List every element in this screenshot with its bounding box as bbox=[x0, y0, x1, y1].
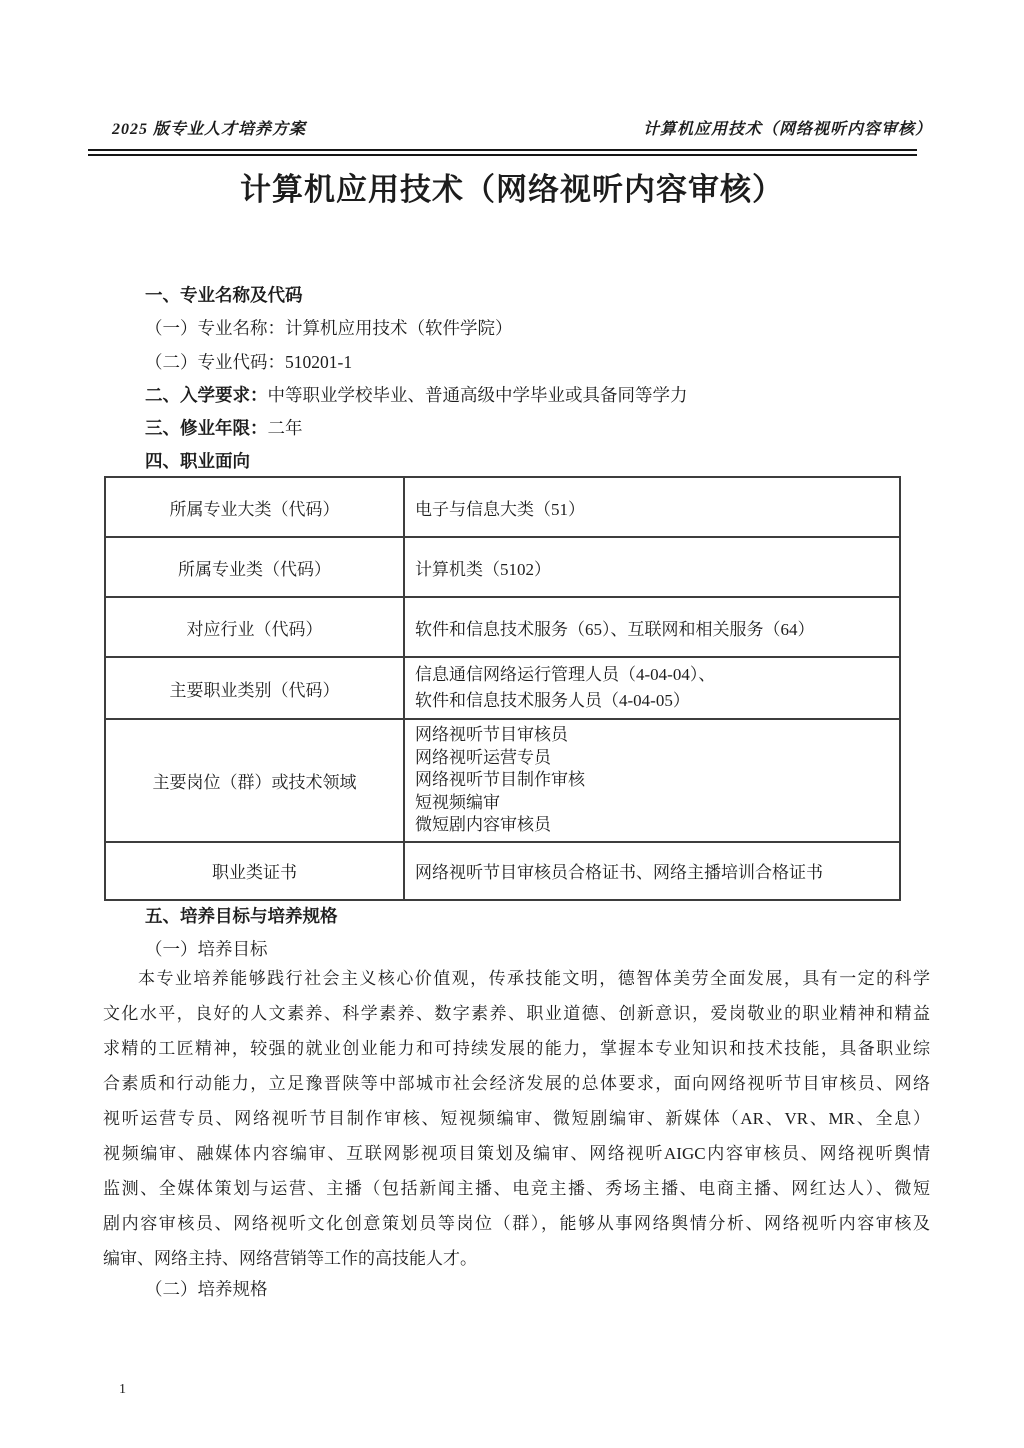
page-number: 1 bbox=[119, 1382, 126, 1398]
table-row: 主要岗位（群）或技术领域 网络视听节目审核员 网络视听运营专员 网络视听节目制作… bbox=[105, 719, 900, 842]
row-label: 职业类证书 bbox=[105, 842, 404, 900]
row-value: 软件和信息技术服务（65）、互联网和相关服务（64） bbox=[404, 597, 900, 657]
value-line: 电子与信息大类（51） bbox=[415, 495, 889, 520]
row-value: 电子与信息大类（51） bbox=[404, 477, 900, 537]
row-value: 网络视听节目审核员合格证书、网络主播培训合格证书 bbox=[404, 842, 900, 900]
row-value: 计算机类（5102） bbox=[404, 537, 900, 597]
document-page: 2025 版专业人才培养方案 计算机应用技术（网络视听内容审核） 计算机应用技术… bbox=[0, 0, 1024, 1448]
header-right-text: 计算机应用技术（网络视听内容审核） bbox=[643, 116, 932, 139]
paragraph-line: 监测、全媒体策划与运营、主播（包括新闻主播、电竞主播、秀场主播、电商主播、网红达… bbox=[103, 1171, 930, 1206]
value-line: 短视频编审 bbox=[415, 792, 889, 815]
training-objective-paragraph: 本专业培养能够践行社会主义核心价值观，传承技能文明，德智体美劳全面发展，具有一定… bbox=[103, 961, 930, 1276]
header-double-rule bbox=[88, 149, 917, 156]
section-item-6: 四、职业面向 bbox=[104, 445, 932, 478]
paragraph-line: 求精的工匠精神，较强的就业创业能力和可持续发展的能力，掌握本专业知识和技术技能，… bbox=[103, 1031, 930, 1066]
table-row: 职业类证书 网络视听节目审核员合格证书、网络主播培训合格证书 bbox=[105, 842, 900, 900]
value-line: 软件和信息技术服务（65）、互联网和相关服务（64） bbox=[415, 615, 889, 640]
value-line: 信息通信网络运行管理人员（4-04-04）、 bbox=[415, 662, 889, 688]
row-value: 网络视听节目审核员 网络视听运营专员 网络视听节目制作审核 短视频编审 微短剧内… bbox=[404, 719, 900, 842]
section-item-5-prefix: 三、修业年限： bbox=[145, 418, 268, 438]
paragraph-line: 视频编审、融媒体内容编审、互联网影视项目策划及编审、网络视听AIGC内容审核员、… bbox=[103, 1136, 930, 1171]
table-row: 对应行业（代码） 软件和信息技术服务（65）、互联网和相关服务（64） bbox=[105, 597, 900, 657]
table-row: 所属专业类（代码） 计算机类（5102） bbox=[105, 537, 900, 597]
section-item-4: 二、入学要求：中等职业学校毕业、普通高级中学毕业或具备同等学力 bbox=[104, 379, 932, 412]
section-item-4-prefix: 二、入学要求： bbox=[145, 385, 268, 405]
document-title: 计算机应用技术（网络视听内容审核） bbox=[0, 170, 1024, 210]
row-label: 主要岗位（群）或技术领域 bbox=[105, 719, 404, 842]
running-header: 2025 版专业人才培养方案 计算机应用技术（网络视听内容审核） bbox=[104, 116, 932, 139]
section-item-4-text: 中等职业学校毕业、普通高级中学毕业或具备同等学力 bbox=[268, 385, 688, 405]
value-line: 计算机类（5102） bbox=[415, 555, 889, 580]
section-item-3: （二）专业代码：510201-1 bbox=[104, 346, 932, 379]
table-row: 主要职业类别（代码） 信息通信网络运行管理人员（4-04-04）、 软件和信息技… bbox=[105, 657, 900, 719]
paragraph-line: 视听运营专员、网络视听节目制作审核、短视频编审、微短剧编审、新媒体（AR、VR、… bbox=[103, 1101, 930, 1136]
section-item-1: 一、专业名称及代码 bbox=[104, 279, 932, 312]
section-item-3-text: （二）专业代码：510201-1 bbox=[145, 352, 352, 372]
paragraph-line: 本专业培养能够践行社会主义核心价值观，传承技能文明，德智体美劳全面发展，具有一定… bbox=[103, 961, 930, 996]
career-orientation-table: 所属专业大类（代码） 电子与信息大类（51） 所属专业类（代码） 计算机类（51… bbox=[104, 476, 901, 901]
row-label: 对应行业（代码） bbox=[105, 597, 404, 657]
row-label: 所属专业大类（代码） bbox=[105, 477, 404, 537]
value-line: 软件和信息技术服务人员（4-04-05） bbox=[415, 688, 889, 714]
paragraph-line: 合素质和行动能力，立足豫晋陕等中部城市社会经济发展的总体要求，面向网络视听节目审… bbox=[103, 1066, 930, 1101]
paragraph-line: 编审、网络主持、网络营销等工作的高技能人才。 bbox=[103, 1241, 930, 1276]
value-line: 网络视听运营专员 bbox=[415, 747, 889, 770]
training-subheading-2: （二）培养规格 bbox=[145, 1272, 925, 1307]
section-item-2-text: （一）专业名称：计算机应用技术（软件学院） bbox=[145, 318, 513, 338]
section-item-5-text: 二年 bbox=[268, 418, 303, 438]
row-label: 所属专业类（代码） bbox=[105, 537, 404, 597]
paragraph-line: 剧内容审核员、网络视听文化创意策划员等岗位（群），能够从事网络舆情分析、网络视听… bbox=[103, 1206, 930, 1241]
section-item-1-prefix: 一、专业名称及代码 bbox=[145, 285, 303, 305]
section-list: 一、专业名称及代码 （一）专业名称：计算机应用技术（软件学院） （二）专业代码：… bbox=[104, 279, 932, 479]
value-line: 微短剧内容审核员 bbox=[415, 814, 889, 837]
section-item-5: 三、修业年限：二年 bbox=[104, 412, 932, 445]
paragraph-line: 文化水平，良好的人文素养、科学素养、数字素养、职业道德、创新意识，爱岗敬业的职业… bbox=[103, 996, 930, 1031]
table-row: 所属专业大类（代码） 电子与信息大类（51） bbox=[105, 477, 900, 537]
value-line: 网络视听节目制作审核 bbox=[415, 769, 889, 792]
value-line: 网络视听节目审核员合格证书、网络主播培训合格证书 bbox=[415, 858, 889, 883]
row-label: 主要职业类别（代码） bbox=[105, 657, 404, 719]
section-item-6-prefix: 四、职业面向 bbox=[145, 451, 250, 471]
row-value: 信息通信网络运行管理人员（4-04-04）、 软件和信息技术服务人员（4-04-… bbox=[404, 657, 900, 719]
section-item-2: （一）专业名称：计算机应用技术（软件学院） bbox=[104, 312, 932, 345]
header-left-text: 2025 版专业人才培养方案 bbox=[104, 116, 306, 139]
training-section-heading: 五、培养目标与培养规格 bbox=[104, 899, 973, 934]
value-line: 网络视听节目审核员 bbox=[415, 724, 889, 747]
